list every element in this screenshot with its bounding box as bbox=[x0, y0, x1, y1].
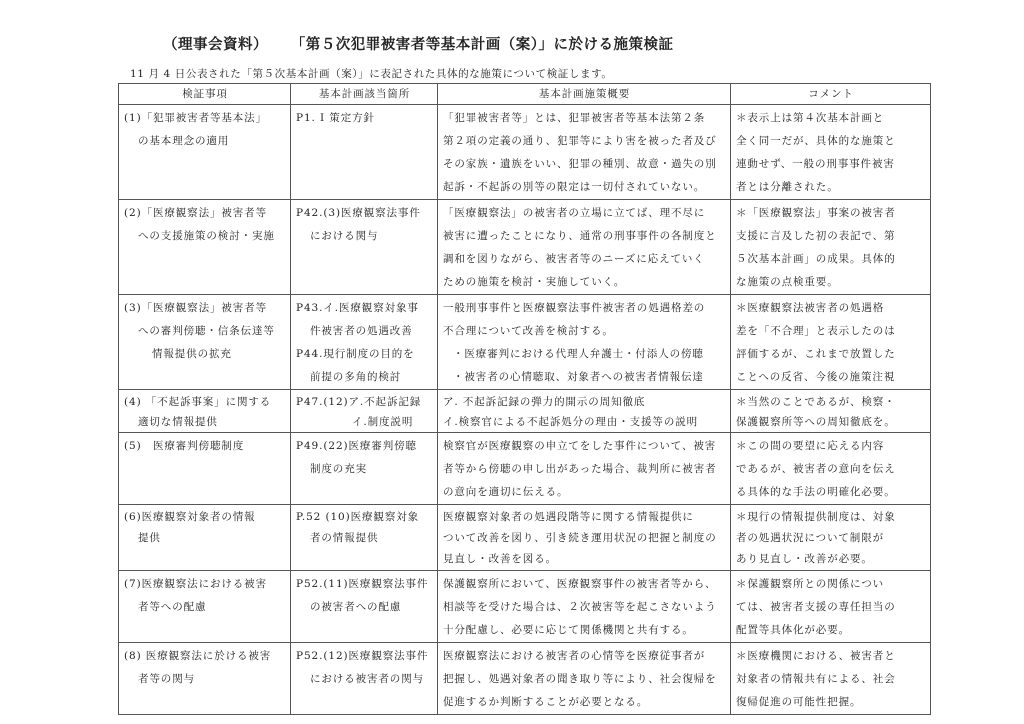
cell-line: (4) 「不起訴事案」に関する bbox=[124, 392, 286, 412]
cell-line: P47.(12)ア.不起訴記録 bbox=[296, 392, 433, 412]
table-row: (4) 「不起訴事案」に関する 適切な情報提供 P47.(12)ア.不起訴記録 … bbox=[119, 390, 931, 433]
cell-line: 第２項の定義の通り、犯罪等により害を被った者及び bbox=[443, 130, 726, 153]
cell-item: (2)「医療観察法」被害者等 への支援施策の検討・実施 bbox=[119, 200, 291, 295]
cell-line: ＊保護観察所との関係につい bbox=[736, 573, 926, 596]
cell-line: 者の処遇状況について制限が bbox=[736, 528, 926, 549]
cell-location: P47.(12)ア.不起訴記録 イ.制度説明 bbox=[291, 390, 438, 433]
cell-item: (1)「犯罪被害者等基本法」 の基本理念の適用 bbox=[119, 105, 291, 200]
cell-item: (4) 「不起訴事案」に関する 適切な情報提供 bbox=[119, 390, 291, 433]
cell-line: 情報提供の拡充 bbox=[124, 343, 286, 366]
cell-line: ５次基本計画」の成果。具体的 bbox=[736, 248, 926, 271]
cell-line: ＊この間の要望に応える内容 bbox=[736, 435, 926, 458]
column-header-location: 基本計画該当箇所 bbox=[291, 84, 438, 105]
cell-comment: ＊医療機関における、被害者と 対象者の情報共有による、社会 復帰促進の可能性把握… bbox=[731, 643, 931, 715]
cell-line: 不合理について改善を検討する。 bbox=[443, 320, 726, 343]
cell-line: 者等への配慮 bbox=[124, 596, 286, 619]
cell-summary: 医療観察対象者の処遇段階等に関する情報提供に ついて改善を図り、引き続き運用状況… bbox=[438, 505, 731, 571]
cell-location: P52.(11)医療観察法事件 の被害者への配慮 bbox=[291, 571, 438, 643]
cell-line: P1. I 策定方針 bbox=[296, 107, 433, 130]
cell-line: (2)「医療観察法」被害者等 bbox=[124, 202, 286, 225]
cell-line: (6)医療観察対象者の情報 bbox=[124, 507, 286, 528]
cell-item: (8) 医療観察法に於ける被害 者等の関与 bbox=[119, 643, 291, 715]
cell-line: 一般刑事事件と医療観察法事件被害者の処遇格差の bbox=[443, 297, 726, 320]
cell-line: P52.(12)医療観察法事件 bbox=[296, 645, 433, 668]
cell-line: 件被害者の処遇改善 bbox=[296, 320, 433, 343]
cell-line: 見直し・改善を図る。 bbox=[443, 549, 726, 570]
cell-line: 支援に言及した初の表記で、第 bbox=[736, 225, 926, 248]
cell-item: (6)医療観察対象者の情報 提供 bbox=[119, 505, 291, 571]
cell-line: 提供 bbox=[124, 528, 286, 549]
cell-line: 配置等具体化が必要。 bbox=[736, 619, 926, 642]
cell-line: 被害に遭ったことになり、通常の刑事事件の各制度と bbox=[443, 225, 726, 248]
cell-line: な施策の点検重要。 bbox=[736, 271, 926, 294]
document-title: （理事会資料）「第５次犯罪被害者等基本計画（案）」に於ける施策検証 bbox=[163, 33, 674, 54]
cell-item: (3)「医療観察法」被害者等 への審判傍聴・信条伝達等 情報提供の拡充 bbox=[119, 295, 291, 390]
cell-line: ＊表示上は第４次基本計画と bbox=[736, 107, 926, 130]
cell-line: の基本理念の適用 bbox=[124, 130, 286, 153]
cell-line: 制度の充実 bbox=[296, 458, 433, 481]
cell-summary: 医療観察法における被害者の心情等を医療従事者が 把握し、処遇対象者の聞き取り等に… bbox=[438, 643, 731, 715]
cell-line: (5) 医療審判傍聴制度 bbox=[124, 435, 286, 458]
cell-line: 保護観察所において、医療観察事件の被害者等から、 bbox=[443, 573, 726, 596]
document-tag: （理事会資料） bbox=[163, 36, 268, 53]
table-row: (8) 医療観察法に於ける被害 者等の関与 P52.(12)医療観察法事件 にお… bbox=[119, 643, 931, 715]
cell-line: 者等の関与 bbox=[124, 668, 286, 691]
cell-comment: ＊この間の要望に応える内容 であるが、被害者の意向を伝え る具体的な手法の明確化… bbox=[731, 433, 931, 505]
cell-line: 者等から傍聴の申し出があった場合、裁判所に被害者 bbox=[443, 458, 726, 481]
cell-line: ア. 不起訴記録の弾力的開示の周知徹底 bbox=[443, 392, 726, 412]
cell-line: 前提の多角的検討 bbox=[296, 366, 433, 389]
cell-item: (5) 医療審判傍聴制度 bbox=[119, 433, 291, 505]
cell-line: 「医療観察法」の被害者の立場に立てば、理不尽に bbox=[443, 202, 726, 225]
cell-line: イ.検察官による不起訴処分の理由・支援等の説明 bbox=[443, 412, 726, 432]
cell-line: 検察官が医療観察の申立てをした事件について、被害 bbox=[443, 435, 726, 458]
cell-line: (1)「犯罪被害者等基本法」 bbox=[124, 107, 286, 130]
cell-line: (8) 医療観察法に於ける被害 bbox=[124, 645, 286, 668]
cell-location: P43.イ.医療観察対象事 件被害者の処遇改善 P44.現行制度の目的を 前提の… bbox=[291, 295, 438, 390]
cell-line: P42.(3)医療観察法事件 bbox=[296, 202, 433, 225]
cell-comment: ＊表示上は第４次基本計画と 全く同一だが、具体的な施策と 連動せず、一般の刑事事… bbox=[731, 105, 931, 200]
cell-location: P52.(12)医療観察法事件 における被害者の関与 bbox=[291, 643, 438, 715]
cell-line: 促進するか判断することが必要となる。 bbox=[443, 691, 726, 714]
cell-line: ついて改善を図り、引き続き運用状況の把握と制度の bbox=[443, 528, 726, 549]
cell-line: ＊現行の情報提供制度は、対象 bbox=[736, 507, 926, 528]
document-title-text: 「第５次犯罪被害者等基本計画（案）」に於ける施策検証 bbox=[298, 36, 674, 53]
table-header-row: 検証事項 基本計画該当箇所 基本計画施策概要 コメント bbox=[119, 84, 931, 105]
cell-line: 対象者の情報共有による、社会 bbox=[736, 668, 926, 691]
cell-comment: ＊医療観察法被害者の処遇格 差を「不合理」と表示したのは 評価するが、これまで放… bbox=[731, 295, 931, 390]
cell-line: ＊「医療観察法」事案の被害者 bbox=[736, 202, 926, 225]
cell-line: ＊医療観察法被害者の処遇格 bbox=[736, 297, 926, 320]
cell-line: 差を「不合理」と表示したのは bbox=[736, 320, 926, 343]
cell-line: ・被害者の心情聴取、対象者への被害者情報伝達 bbox=[443, 366, 726, 389]
table-row: (7)医療観察法における被害 者等への配慮 P52.(11)医療観察法事件 の被… bbox=[119, 571, 931, 643]
cell-line: における関与 bbox=[296, 225, 433, 248]
cell-summary: 「医療観察法」の被害者の立場に立てば、理不尽に 被害に遭ったことになり、通常の刑… bbox=[438, 200, 731, 295]
cell-line: ・医療審判における代理人弁護士・付添人の傍聴 bbox=[443, 343, 726, 366]
cell-line: あり見直し・改善が必要。 bbox=[736, 549, 926, 570]
table-row: (6)医療観察対象者の情報 提供 P.52 (10)医療観察対象 者の情報提供 … bbox=[119, 505, 931, 571]
cell-line: への支援施策の検討・実施 bbox=[124, 225, 286, 248]
column-header-comment: コメント bbox=[731, 84, 931, 105]
cell-line: P49.(22)医療審判傍聴 bbox=[296, 435, 433, 458]
cell-line: 保護観察所等への周知徹底を。 bbox=[736, 412, 926, 432]
verification-table: 検証事項 基本計画該当箇所 基本計画施策概要 コメント (1)「犯罪被害者等基本… bbox=[118, 83, 931, 715]
cell-line: ことへの反省、今後の施策注視 bbox=[736, 366, 926, 389]
cell-line: 適切な情報提供 bbox=[124, 412, 286, 432]
cell-line: 復帰促進の可能性把握。 bbox=[736, 691, 926, 714]
cell-location: P.52 (10)医療観察対象 者の情報提供 bbox=[291, 505, 438, 571]
cell-line: 評価するが、これまで放置した bbox=[736, 343, 926, 366]
cell-line: 把握し、処遇対象者の聞き取り等により、社会復帰を bbox=[443, 668, 726, 691]
cell-line: 「犯罪被害者等」とは、犯罪被害者等基本法第２条 bbox=[443, 107, 726, 130]
column-header-summary: 基本計画施策概要 bbox=[438, 84, 731, 105]
cell-line: その家族・遺族をいい、犯罪の種別、故意・過失の別 bbox=[443, 153, 726, 176]
cell-line: 全く同一だが、具体的な施策と bbox=[736, 130, 926, 153]
cell-summary: 保護観察所において、医療観察事件の被害者等から、 相談等を受けた場合は、２次被害… bbox=[438, 571, 731, 643]
table-row: (2)「医療観察法」被害者等 への支援施策の検討・実施 P42.(3)医療観察法… bbox=[119, 200, 931, 295]
intro-text: 11 月 4 日公表された「第５次基本計画（案）」に表記された具体的な施策につい… bbox=[130, 66, 612, 81]
cell-line: の被害者への配慮 bbox=[296, 596, 433, 619]
cell-line: ＊当然のことであるが、検察・ bbox=[736, 392, 926, 412]
cell-line: (3)「医療観察法」被害者等 bbox=[124, 297, 286, 320]
cell-line: P43.イ.医療観察対象事 bbox=[296, 297, 433, 320]
cell-line: 者とは分離された。 bbox=[736, 176, 926, 199]
cell-location: P49.(22)医療審判傍聴 制度の充実 bbox=[291, 433, 438, 505]
table-row: (3)「医療観察法」被害者等 への審判傍聴・信条伝達等 情報提供の拡充 P43.… bbox=[119, 295, 931, 390]
cell-line: 十分配慮し、必要に応じて関係機関と共有する。 bbox=[443, 619, 726, 642]
cell-line: 相談等を受けた場合は、２次被害等を起こさないよう bbox=[443, 596, 726, 619]
cell-line: P44.現行制度の目的を bbox=[296, 343, 433, 366]
cell-line: ための施策を検討・実施していく。 bbox=[443, 271, 726, 294]
cell-line: イ.制度説明 bbox=[296, 412, 433, 432]
cell-summary: 「犯罪被害者等」とは、犯罪被害者等基本法第２条 第２項の定義の通り、犯罪等により… bbox=[438, 105, 731, 200]
cell-comment: ＊当然のことであるが、検察・ 保護観察所等への周知徹底を。 bbox=[731, 390, 931, 433]
cell-line: る具体的な手法の明確化必要。 bbox=[736, 481, 926, 504]
cell-line: ＊医療機関における、被害者と bbox=[736, 645, 926, 668]
cell-summary: 一般刑事事件と医療観察法事件被害者の処遇格差の 不合理について改善を検討する。 … bbox=[438, 295, 731, 390]
cell-line: P52.(11)医療観察法事件 bbox=[296, 573, 433, 596]
cell-item: (7)医療観察法における被害 者等への配慮 bbox=[119, 571, 291, 643]
cell-line: への審判傍聴・信条伝達等 bbox=[124, 320, 286, 343]
column-header-item: 検証事項 bbox=[119, 84, 291, 105]
cell-line: ては、被害者支援の専任担当の bbox=[736, 596, 926, 619]
cell-line: 者の情報提供 bbox=[296, 528, 433, 549]
cell-line: 調和を図りながら、被害者等のニーズに応えていく bbox=[443, 248, 726, 271]
cell-summary: ア. 不起訴記録の弾力的開示の周知徹底 イ.検察官による不起訴処分の理由・支援等… bbox=[438, 390, 731, 433]
cell-line: (7)医療観察法における被害 bbox=[124, 573, 286, 596]
cell-comment: ＊「医療観察法」事案の被害者 支援に言及した初の表記で、第 ５次基本計画」の成果… bbox=[731, 200, 931, 295]
cell-line: 連動せず、一般の刑事事件被害 bbox=[736, 153, 926, 176]
cell-line: の意向を適切に伝える。 bbox=[443, 481, 726, 504]
cell-summary: 検察官が医療観察の申立てをした事件について、被害 者等から傍聴の申し出があった場… bbox=[438, 433, 731, 505]
cell-comment: ＊保護観察所との関係につい ては、被害者支援の専任担当の 配置等具体化が必要。 bbox=[731, 571, 931, 643]
table-row: (1)「犯罪被害者等基本法」 の基本理念の適用 P1. I 策定方針 「犯罪被害… bbox=[119, 105, 931, 200]
cell-line: における被害者の関与 bbox=[296, 668, 433, 691]
cell-line: 医療観察対象者の処遇段階等に関する情報提供に bbox=[443, 507, 726, 528]
cell-line: P.52 (10)医療観察対象 bbox=[296, 507, 433, 528]
cell-line: であるが、被害者の意向を伝え bbox=[736, 458, 926, 481]
cell-location: P42.(3)医療観察法事件 における関与 bbox=[291, 200, 438, 295]
table-row: (5) 医療審判傍聴制度 P49.(22)医療審判傍聴 制度の充実 検察官が医療… bbox=[119, 433, 931, 505]
cell-line: 医療観察法における被害者の心情等を医療従事者が bbox=[443, 645, 726, 668]
cell-line: 起訴・不起訴の別等の限定は一切付されていない。 bbox=[443, 176, 726, 199]
cell-comment: ＊現行の情報提供制度は、対象 者の処遇状況について制限が あり見直し・改善が必要… bbox=[731, 505, 931, 571]
cell-location: P1. I 策定方針 bbox=[291, 105, 438, 200]
